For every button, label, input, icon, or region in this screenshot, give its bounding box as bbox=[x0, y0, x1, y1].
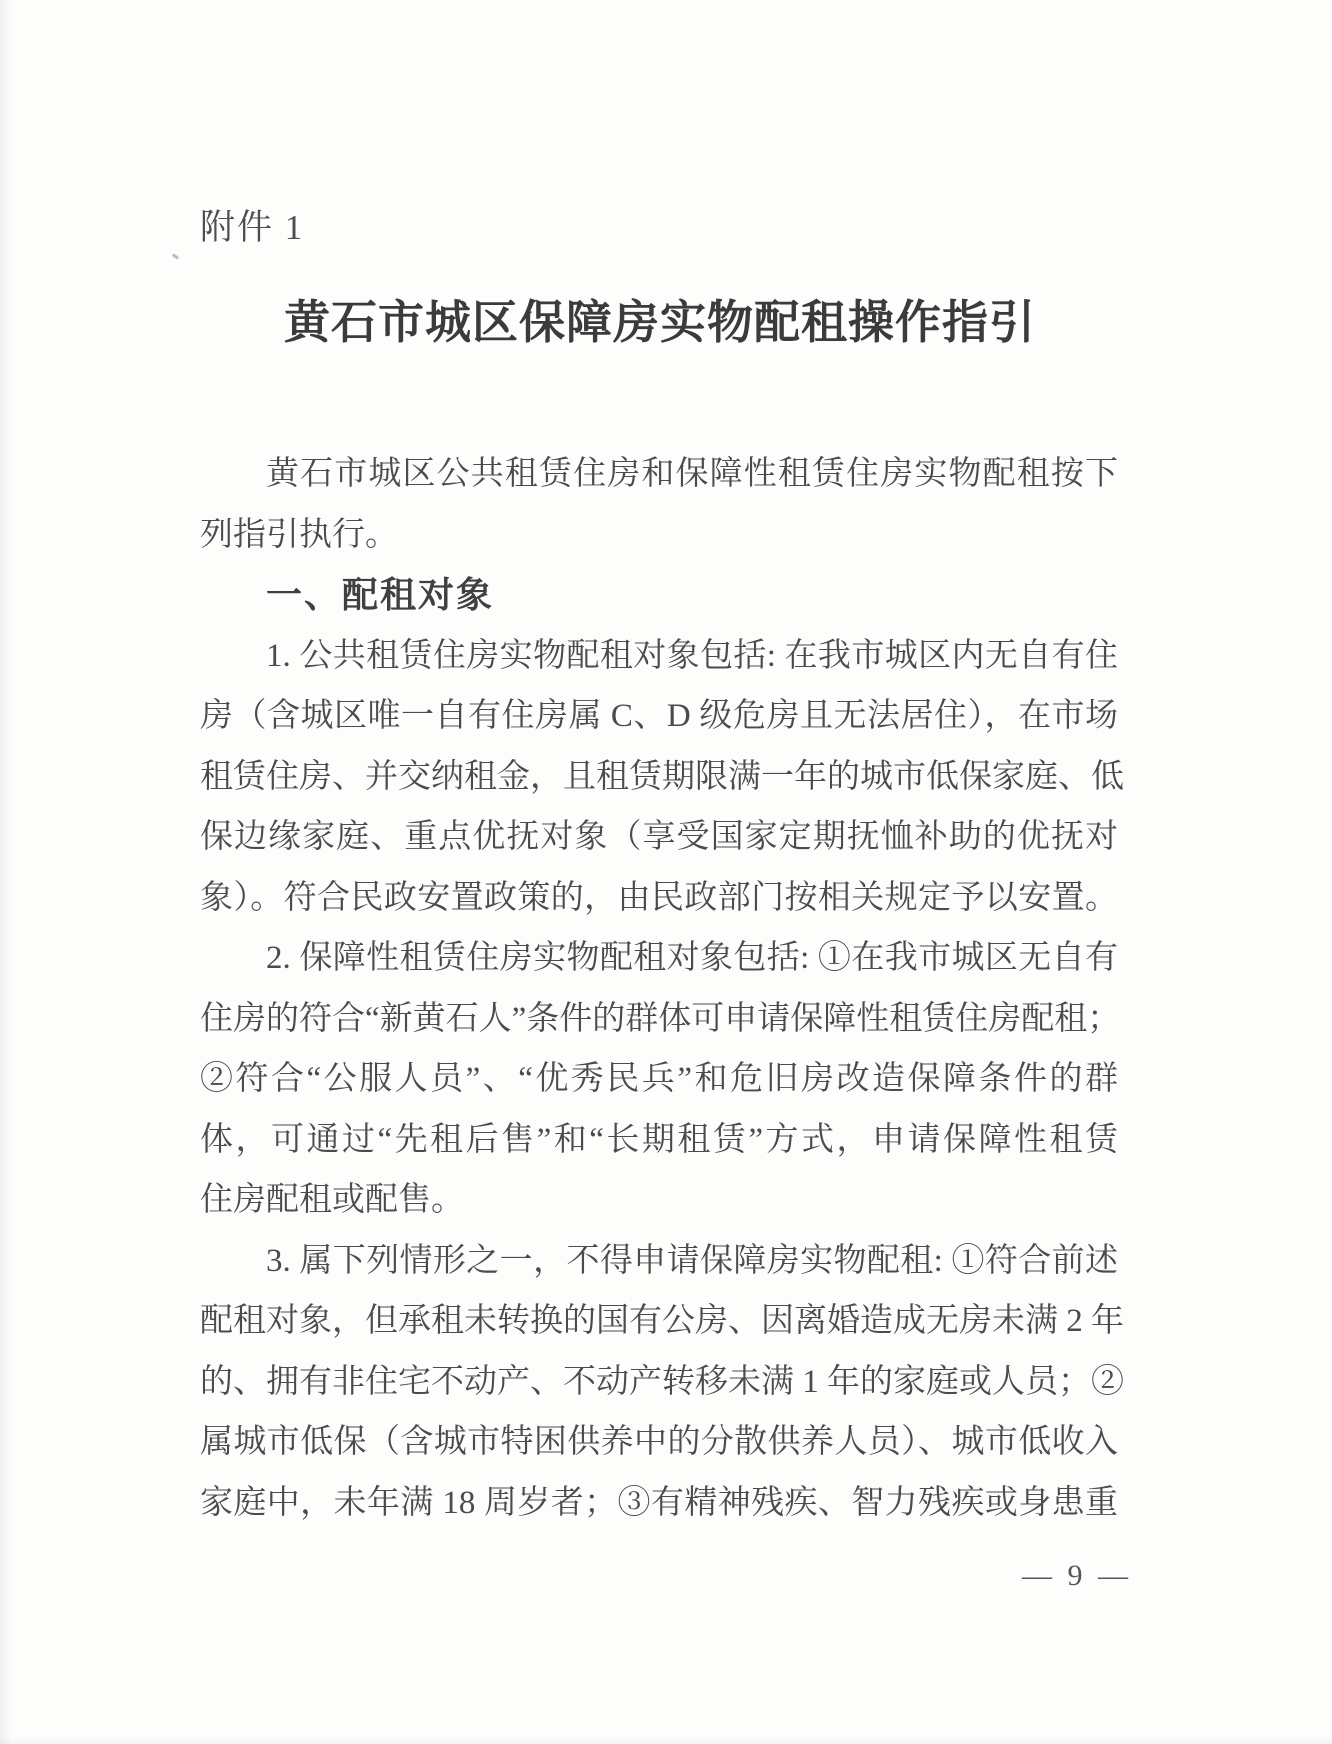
body-line: 的、拥有非住宅不动产、不动产转移未满 1 年的家庭或人员；② bbox=[200, 1352, 1118, 1413]
section-heading: 一、配租对象 bbox=[200, 565, 1118, 626]
document-body: 黄石市城区公共租赁住房和保障性租赁住房实物配租按下 列指引执行。 一、配租对象 … bbox=[200, 444, 1118, 1533]
scan-bottom-shadow bbox=[0, 1736, 1332, 1744]
scan-artifact bbox=[172, 253, 179, 259]
body-line: 配租对象，但承租未转换的国有公房、因离婚造成无房未满 2 年 bbox=[200, 1291, 1118, 1352]
body-line: 属城市低保（含城市特困供养中的分散供养人员）、城市低收入 bbox=[200, 1412, 1118, 1473]
body-line: 住房的符合“新黄石人”条件的群体可申请保障性租赁住房配租； bbox=[200, 989, 1118, 1050]
body-line: 住房配租或配售。 bbox=[200, 1170, 1118, 1231]
document-page: 附件 1 黄石市城区保障房实物配租操作指引 黄石市城区公共租赁住房和保障性租赁住… bbox=[0, 0, 1332, 1744]
body-line: 体，可通过“先租后售”和“长期租赁”方式，申请保障性租赁 bbox=[200, 1110, 1118, 1171]
body-line: 象）。符合民政安置政策的，由民政部门按相关规定予以安置。 bbox=[200, 868, 1118, 929]
body-line: 保边缘家庭、重点优抚对象（享受国家定期抚恤补助的优抚对 bbox=[200, 807, 1118, 868]
body-line: 2. 保障性租赁住房实物配租对象包括: ①在我市城区无自有 bbox=[200, 928, 1118, 989]
body-line: 3. 属下列情形之一，不得申请保障房实物配租: ①符合前述 bbox=[200, 1231, 1118, 1292]
body-line: 列指引执行。 bbox=[200, 505, 1118, 566]
body-line: 黄石市城区公共租赁住房和保障性租赁住房实物配租按下 bbox=[200, 444, 1118, 505]
body-line: 1. 公共租赁住房实物配租对象包括: 在我市城区内无自有住 bbox=[200, 626, 1118, 687]
page-number: — 9 — bbox=[1022, 1556, 1132, 1596]
body-line: ②符合“公服人员”、“优秀民兵”和危旧房改造保障条件的群 bbox=[200, 1049, 1118, 1110]
body-line: 家庭中，未年满 18 周岁者；③有精神残疾、智力残疾或身患重 bbox=[200, 1473, 1118, 1534]
scan-edge-shadow bbox=[0, 0, 12, 1744]
attachment-label: 附件 1 bbox=[200, 206, 304, 250]
body-line: 房（含城区唯一自有住房属 C、D 级危房且无法居住），在市场 bbox=[200, 686, 1118, 747]
body-line: 租赁住房、并交纳租金，且租赁期限满一年的城市低保家庭、低 bbox=[200, 747, 1118, 808]
document-title: 黄石市城区保障房实物配租操作指引 bbox=[200, 294, 1120, 352]
